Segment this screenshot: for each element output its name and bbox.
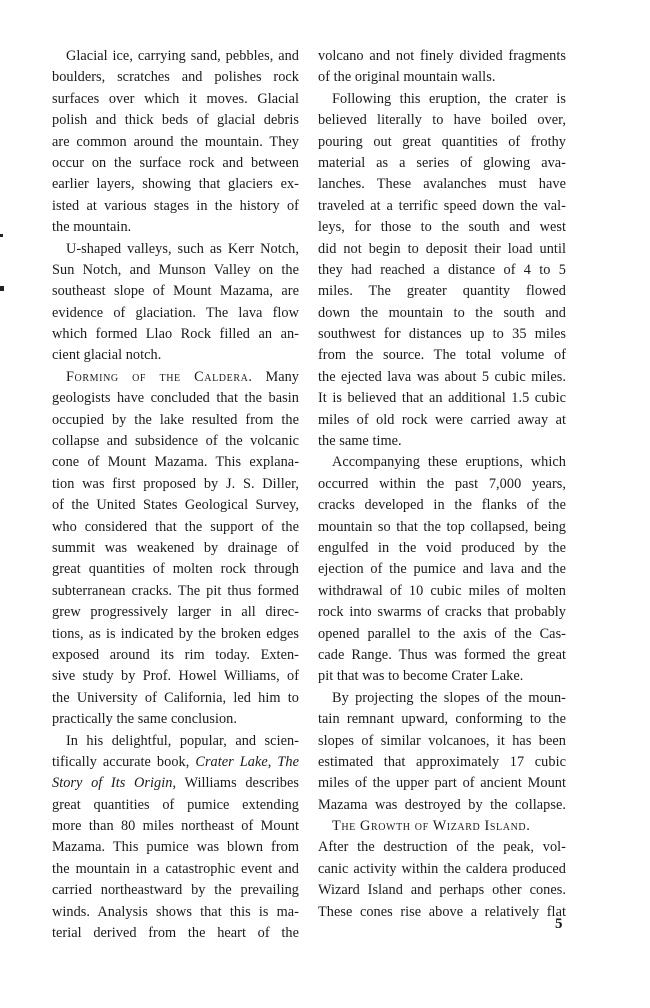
- text-line: Sun Notch, and Munson Valley on the: [52, 260, 299, 281]
- text-line: leys, for those to the south and west: [318, 217, 566, 238]
- margin-speck: [0, 234, 3, 237]
- text-line: miles. The greater quantity flowed: [318, 281, 566, 302]
- text-line: cracks developed in the flanks of the: [318, 495, 566, 516]
- text-line: tifically accurate book, Crater Lake, Th…: [52, 752, 299, 773]
- text-line: carried northeastward by the prevailing: [52, 880, 299, 901]
- text-line: subterranean cracks. The pit thus formed: [52, 581, 299, 602]
- text-line: southeast slope of Mount Mazama, are: [52, 281, 299, 302]
- text-line: summit was weakened by drainage of: [52, 538, 299, 559]
- text-line: lanches. These avalanches must have: [318, 174, 566, 195]
- text-line: These cones rise above a relatively flat: [318, 902, 566, 923]
- text-line: Wizard Island and perhaps other cones.: [318, 880, 566, 901]
- text-line: great quantities of pumice extending: [52, 795, 299, 816]
- text-line: grew progressively larger in all direc-: [52, 602, 299, 623]
- text-line: terial derived from the heart of the: [52, 923, 299, 944]
- text-line: Mazama. This pumice was blown from: [52, 837, 299, 858]
- text-line: cone of Mount Mazama. This explana-: [52, 452, 299, 473]
- text-line: miles of old rock were carried away at: [318, 410, 566, 431]
- text-line: tion was first proposed by J. S. Diller,: [52, 474, 299, 495]
- book-title-italic: Story of Its Origin,: [52, 775, 176, 791]
- text-line: who considered that the support of the: [52, 517, 299, 538]
- text-line: volcano and not finely divided fragments: [318, 46, 566, 67]
- text-line: more than 80 miles northeast of Mount: [52, 816, 299, 837]
- text-line: Mazama was destroyed by the collapse.: [318, 795, 566, 816]
- text-line: traveled at a terrific speed down the va…: [318, 196, 566, 217]
- text-line: estimated that approximately 17 cubic: [318, 752, 566, 773]
- text-line: engulfed in the void produced by the: [318, 538, 566, 559]
- text-line: Following this eruption, the crater is: [318, 89, 566, 110]
- text-line: mountain so that the top collapsed, bein…: [318, 517, 566, 538]
- text-line: geologists have concluded that the basin: [52, 388, 299, 409]
- text-line: cient glacial notch.: [52, 345, 299, 366]
- text-line: of the United States Geological Survey,: [52, 495, 299, 516]
- text-line: evidence of glaciation. The lava flow: [52, 303, 299, 324]
- text-line: It is believed that an additional 1.5 cu…: [318, 388, 566, 409]
- text-line: believed literally to have boiled over,: [318, 110, 566, 131]
- book-title-italic: Crater Lake, The: [195, 754, 299, 770]
- text-line: collapse and subsidence of the volcanic: [52, 431, 299, 452]
- text-line: pit that was to become Crater Lake.: [318, 666, 566, 687]
- text-line: the mountain.: [52, 217, 299, 238]
- margin-speck: [0, 286, 4, 291]
- text-line: Story of Its Origin, Williams describes: [52, 773, 299, 794]
- text-line: southwest for distances up to 35 miles: [318, 324, 566, 345]
- section-heading: The Growth of Wizard Island.: [332, 818, 530, 834]
- text-line: exposed around its rim today. Exten-: [52, 645, 299, 666]
- section-heading-line: The Growth of Wizard Island.: [318, 816, 566, 837]
- text-line: tions, as is indicated by the broken edg…: [52, 624, 299, 645]
- book-page: Glacial ice, carrying sand, pebbles, and…: [0, 0, 650, 1008]
- text-line: of the original mountain walls.: [318, 67, 566, 88]
- text-line: they had reached a distance of 4 to 5: [318, 260, 566, 281]
- text-line: opened parallel to the axis of the Cas-: [318, 624, 566, 645]
- right-text-column: volcano and not finely divided fragments…: [318, 46, 566, 923]
- text-line: pouring out great quantities of frothy: [318, 132, 566, 153]
- text-line: sive study by Prof. Howel Williams, of: [52, 666, 299, 687]
- section-heading: Forming of the Caldera.: [66, 369, 253, 385]
- page-number: 5: [555, 916, 563, 933]
- left-text-column: Glacial ice, carrying sand, pebbles, and…: [52, 46, 299, 944]
- text-line: the mountain in a catastrophic event and: [52, 859, 299, 880]
- text-line: boulders, scratches and polishes rock: [52, 67, 299, 88]
- text-line: winds. Analysis shows that this is ma-: [52, 902, 299, 923]
- text-line: In his delightful, popular, and scien-: [52, 731, 299, 752]
- text-line: which formed Llao Rock filled an an-: [52, 324, 299, 345]
- line-text: tifically accurate book,: [52, 754, 195, 770]
- text-line: ejection of the pumice and lava and the: [318, 559, 566, 580]
- line-text: Many: [265, 369, 299, 385]
- text-line: occupied by the lake resulted from the: [52, 410, 299, 431]
- text-line: occur on the surface rock and between: [52, 153, 299, 174]
- text-line: By projecting the slopes of the moun-: [318, 688, 566, 709]
- text-line: the ejected lava was about 5 cubic miles…: [318, 367, 566, 388]
- line-text: Williams describes: [176, 775, 299, 791]
- text-line: did not begin to deposit their load unti…: [318, 239, 566, 260]
- text-line: Glacial ice, carrying sand, pebbles, and: [52, 46, 299, 67]
- text-line: U-shaped valleys, such as Kerr Notch,: [52, 239, 299, 260]
- text-line: the University of California, led him to: [52, 688, 299, 709]
- text-line: down the mountain to the south and: [318, 303, 566, 324]
- text-line: withdrawal of 10 cubic miles of molten: [318, 581, 566, 602]
- text-line: tain remnant upward, conforming to the: [318, 709, 566, 730]
- text-line: occurred within the past 7,000 years,: [318, 474, 566, 495]
- text-line: canic activity within the caldera produc…: [318, 859, 566, 880]
- text-line: surfaces over which it moves. Glacial: [52, 89, 299, 110]
- text-line: from the source. The total volume of: [318, 345, 566, 366]
- text-line: rock into swarms of cracks that probably: [318, 602, 566, 623]
- text-line: are common around the mountain. They: [52, 132, 299, 153]
- text-line: the same time.: [318, 431, 566, 452]
- text-line: practically the same conclusion.: [52, 709, 299, 730]
- text-line: polish and thick beds of glacial debris: [52, 110, 299, 131]
- text-line: cade Range. Thus was formed the great: [318, 645, 566, 666]
- text-line: great quantities of molten rock through: [52, 559, 299, 580]
- text-line: After the destruction of the peak, vol-: [318, 837, 566, 858]
- section-heading-line: Forming of the Caldera. Many: [52, 367, 299, 388]
- text-line: earlier layers, showing that glaciers ex…: [52, 174, 299, 195]
- text-line: miles of the upper part of ancient Mount: [318, 773, 566, 794]
- text-line: Accompanying these eruptions, which: [318, 452, 566, 473]
- text-line: isted at various stages in the history o…: [52, 196, 299, 217]
- text-line: material as a series of glowing ava-: [318, 153, 566, 174]
- text-line: slopes of similar volcanoes, it has been: [318, 731, 566, 752]
